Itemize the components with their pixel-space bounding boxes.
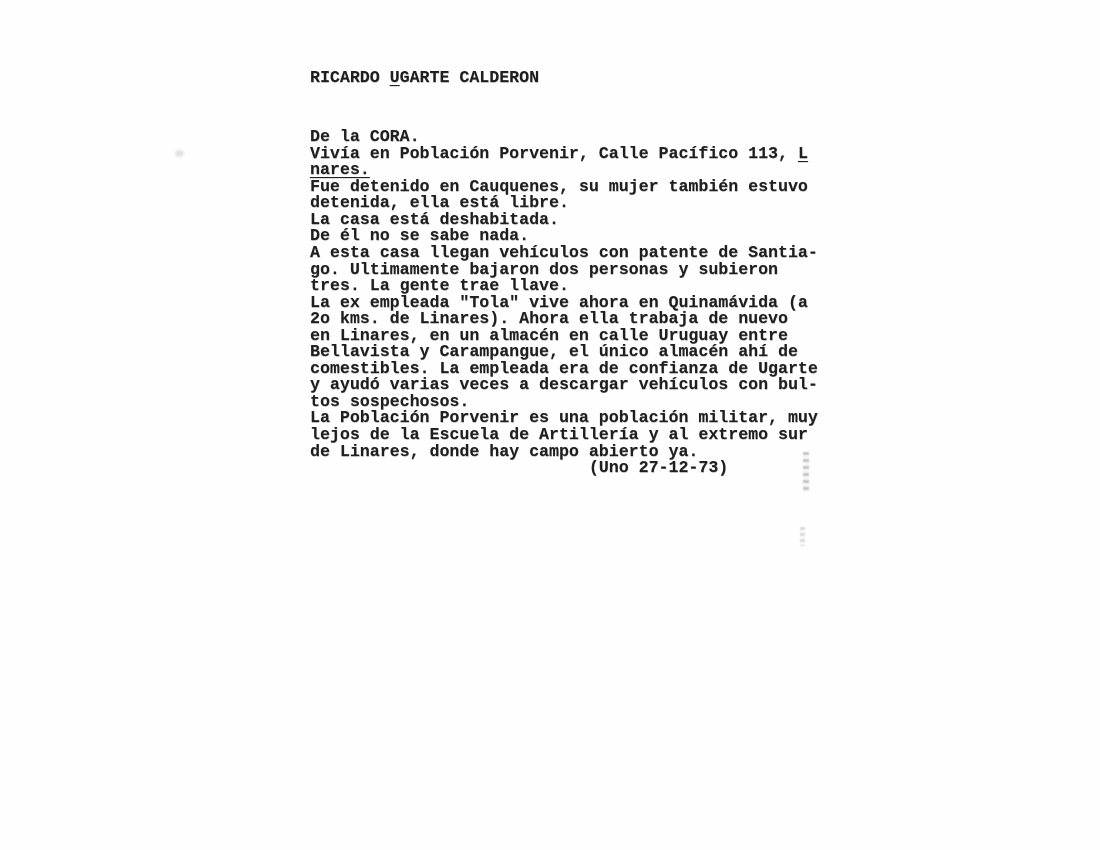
text-segment: Vivía en Población Porvenir, Calle Pacíf… xyxy=(310,144,798,163)
text-line: (Uno 27-12-73) xyxy=(310,460,818,477)
scanned-document-page: RICARDO UGARTE CALDERON De la CORA.Vivía… xyxy=(0,0,1100,850)
underlined-text: L xyxy=(798,144,808,163)
document-text-block: RICARDO UGARTE CALDERON De la CORA.Vivía… xyxy=(310,37,818,510)
document-lines: De la CORA.Vivía en Población Porvenir, … xyxy=(310,129,818,476)
text-segment: RICARDO xyxy=(310,68,390,87)
scan-artifact-streak xyxy=(800,527,805,546)
document-title: RICARDO UGARTE CALDERON xyxy=(310,70,818,87)
text-segment: GARTE CALDERON xyxy=(400,68,539,87)
scan-artifact-smudge xyxy=(175,150,184,157)
underlined-text: U xyxy=(390,68,400,87)
text-line: Vivía en Población Porvenir, Calle Pacíf… xyxy=(310,146,818,163)
text-segment: (Uno 27-12-73) xyxy=(310,458,728,477)
